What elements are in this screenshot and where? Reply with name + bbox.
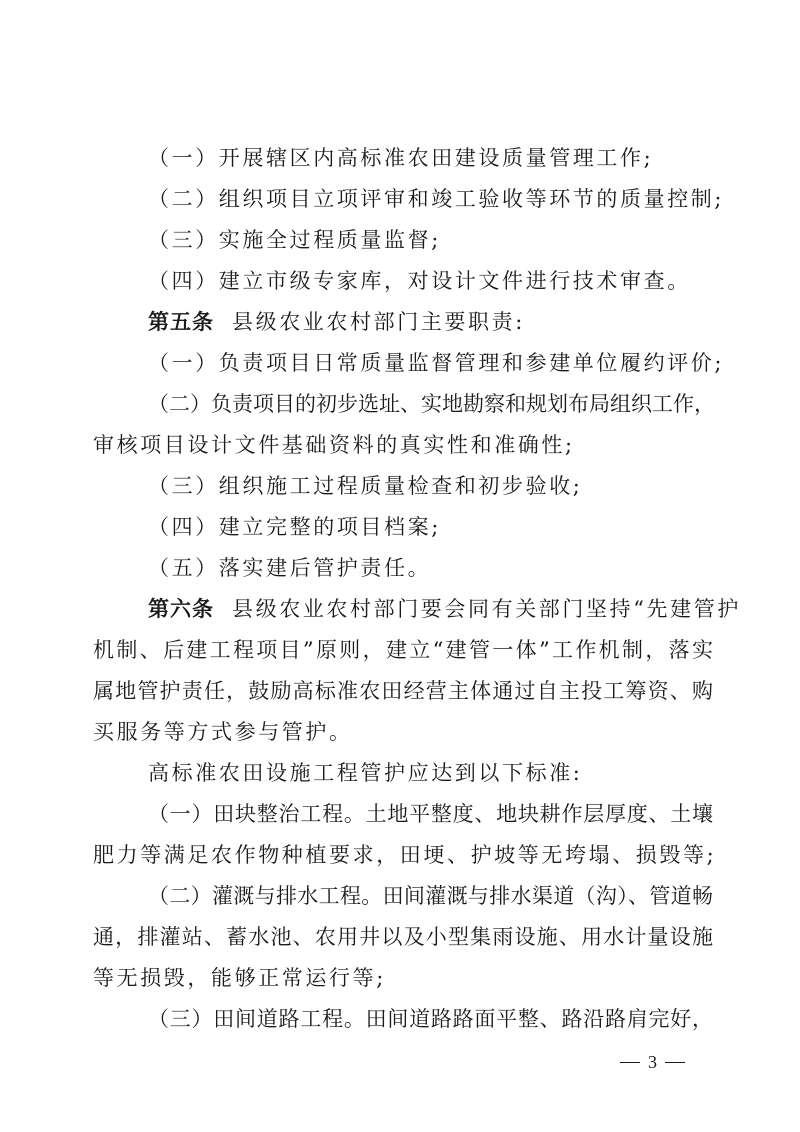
article-label: 第六条 (148, 597, 214, 621)
paragraph-line: 审核项目设计文件基础资料的真实性和准确性; (93, 427, 713, 463)
list-item: （三）田间道路工程。田间道路路面平整、路沿路肩完好， (148, 1001, 713, 1037)
list-item: （一）田块整治工程。土地平整度、地块耕作层厚度、土壤 (148, 796, 713, 832)
article-label: 第五条 (148, 310, 214, 334)
article-heading: 第六条县级农业农村部门要会同有关部门坚持“先建管护 (148, 591, 713, 627)
paragraph-line: 买服务等方式参与管护。 (93, 714, 713, 750)
dash-left (620, 1062, 640, 1063)
page-number: 3 (620, 1048, 720, 1076)
list-item: （三）实施全过程质量监督; (148, 222, 713, 258)
paragraph-line: 通，排灌站、蓄水池、农用井以及小型集雨设施、用水计量设施 (93, 919, 713, 955)
article-text: 县级农业农村部门主要职责: (232, 310, 525, 334)
paragraph-line: 等无损毁，能够正常运行等; (93, 960, 713, 996)
list-item: （二）负责项目的初步选址、实地勘察和规划布局组织工作， (148, 386, 713, 422)
page-number-value: 3 (648, 1048, 657, 1076)
list-item: （三）组织施工过程质量检查和初步验收; (148, 468, 713, 504)
list-item: （一）开展辖区内高标准农田建设质量管理工作; (148, 140, 713, 176)
document-page: （一）开展辖区内高标准农田建设质量管理工作; （二）组织项目立项评审和竣工验收等… (0, 0, 800, 1132)
list-item: （四）建立完整的项目档案; (148, 509, 713, 545)
article-heading: 第五条县级农业农村部门主要职责: (148, 304, 713, 340)
list-item: （四）建立市级专家库，对设计文件进行技术审查。 (148, 263, 713, 299)
paragraph-line: 高标准农田设施工程管护应达到以下标准: (148, 755, 713, 791)
list-item: （五）落实建后管护责任。 (148, 550, 713, 586)
list-item: （二）组织项目立项评审和竣工验收等环节的质量控制; (148, 181, 713, 217)
paragraph-line: 肥力等满足农作物种植要求，田埂、护坡等无垮塌、损毁等; (93, 837, 713, 873)
dash-right (665, 1062, 685, 1063)
paragraph-line: 属地管护责任，鼓励高标准农田经营主体通过自主投工筹资、购 (93, 673, 713, 709)
list-item: （一）负责项目日常质量监督管理和参建单位履约评价; (148, 345, 713, 381)
article-text: 县级农业农村部门要会同有关部门坚持“先建管护 (232, 597, 741, 621)
list-item: （二）灌溉与排水工程。田间灌溉与排水渠道（沟）、管道畅 (148, 878, 713, 914)
paragraph-line: 机制、后建工程项目”原则，建立“建管一体”工作机制，落实 (93, 632, 713, 668)
